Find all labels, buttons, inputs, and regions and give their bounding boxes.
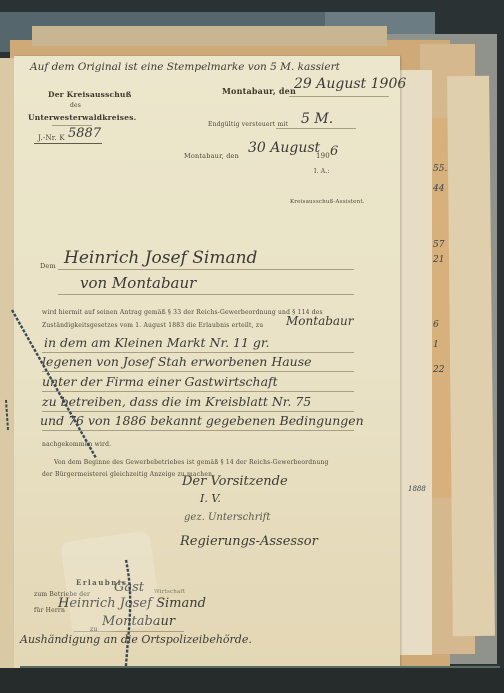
signature-line2: I. V. <box>200 492 221 505</box>
signature-line4: Regierungs-Assessor <box>180 534 318 549</box>
side-mark: 22 <box>433 365 444 375</box>
hand-line-1: in dem am Kleinen Markt Nr. 11 gr. <box>44 335 269 350</box>
fee-label: Endgültig versteuert mit <box>208 121 288 128</box>
date-underline-1 <box>289 96 389 97</box>
authority-line1: Der Kreisausschuß <box>48 90 131 99</box>
place-label-2: Montabaur, den <box>184 152 239 160</box>
body-line2: Zuständigkeitsgesetzes vom 1. August 188… <box>42 322 263 329</box>
license-document: Auf dem Original ist eine Stempelmarke v… <box>14 56 400 670</box>
body-line-end: nachgekommen wird. <box>42 441 111 448</box>
hand-line-2: legenen von Josef Stah erworbenen Hause <box>42 354 312 369</box>
fee-underline <box>276 128 356 129</box>
body-para2-line1: Von dem Beginne des Gewerbebetriebes ist… <box>54 459 329 466</box>
year-printed: 190 <box>316 152 330 160</box>
recipient-label: Dem <box>40 262 56 270</box>
embossed-seal <box>60 530 162 637</box>
top-annotation: Auf dem Original ist eine Stempelmarke v… <box>30 61 340 73</box>
date-handwritten-2: 30 August <box>248 140 320 156</box>
journal-number-label: J.-Nr. K <box>38 134 65 142</box>
hand-line-3: unter der Firma einer Gastwirtschaft <box>42 374 278 389</box>
journal-underline <box>34 143 102 144</box>
year-handwritten: 6 <box>330 144 338 159</box>
hand-rule <box>42 391 354 392</box>
date-handwritten-1: 29 August 1906 <box>294 76 406 92</box>
hand-rule <box>42 371 354 372</box>
side-mark: 1888 <box>408 485 426 493</box>
signature-line1: Der Vorsitzende <box>182 474 288 489</box>
stub-line1-suffix: Wirtschaft <box>154 589 185 595</box>
fee-value: 5 M. <box>301 111 333 127</box>
side-mark: 44 <box>433 184 444 194</box>
assistant-label: Kreisausschuß-Assistent. <box>290 199 365 205</box>
bottom-shadow <box>0 668 504 693</box>
hand-rule <box>42 430 354 431</box>
authority-line2: des <box>70 102 81 109</box>
underlying-sheet-light <box>396 70 432 655</box>
hand-line-4: zu betreiben, dass die im Kreisblatt Nr.… <box>42 394 311 409</box>
journal-number-value: 5887 <box>68 126 101 141</box>
recipient-from: von Montabaur <box>80 274 196 292</box>
stub-line4-hand: Aushändigung an die Ortspolizeibehörde. <box>20 633 252 646</box>
side-mark: 57 <box>433 240 444 250</box>
signature-line3: gez. Unterschrift <box>184 512 270 523</box>
underlying-sheet-cream <box>447 76 495 636</box>
underlying-sheet-top <box>32 26 387 46</box>
recipient-underline <box>58 269 354 270</box>
from-underline <box>58 294 354 295</box>
hand-line-5: und 76 von 1886 bekannt gegebenen Beding… <box>40 413 364 428</box>
side-mark: 21 <box>433 255 444 265</box>
side-mark: 1 <box>433 340 439 350</box>
ia-label: I. A.: <box>314 168 330 175</box>
body-line2-hand: Montabaur <box>286 314 354 328</box>
body-line1: wird hiermit auf seinen Antrag gemäß § 3… <box>42 309 323 316</box>
hand-rule <box>42 411 354 412</box>
hand-rule <box>42 352 354 353</box>
place-label-1: Montabaur, den <box>222 86 296 96</box>
recipient-name: Heinrich Josef Simand <box>64 248 257 268</box>
side-mark: 6 <box>433 320 439 330</box>
side-mark: 55. <box>433 164 447 174</box>
authority-line3: Unterwesterwaldkreises. <box>28 113 136 122</box>
